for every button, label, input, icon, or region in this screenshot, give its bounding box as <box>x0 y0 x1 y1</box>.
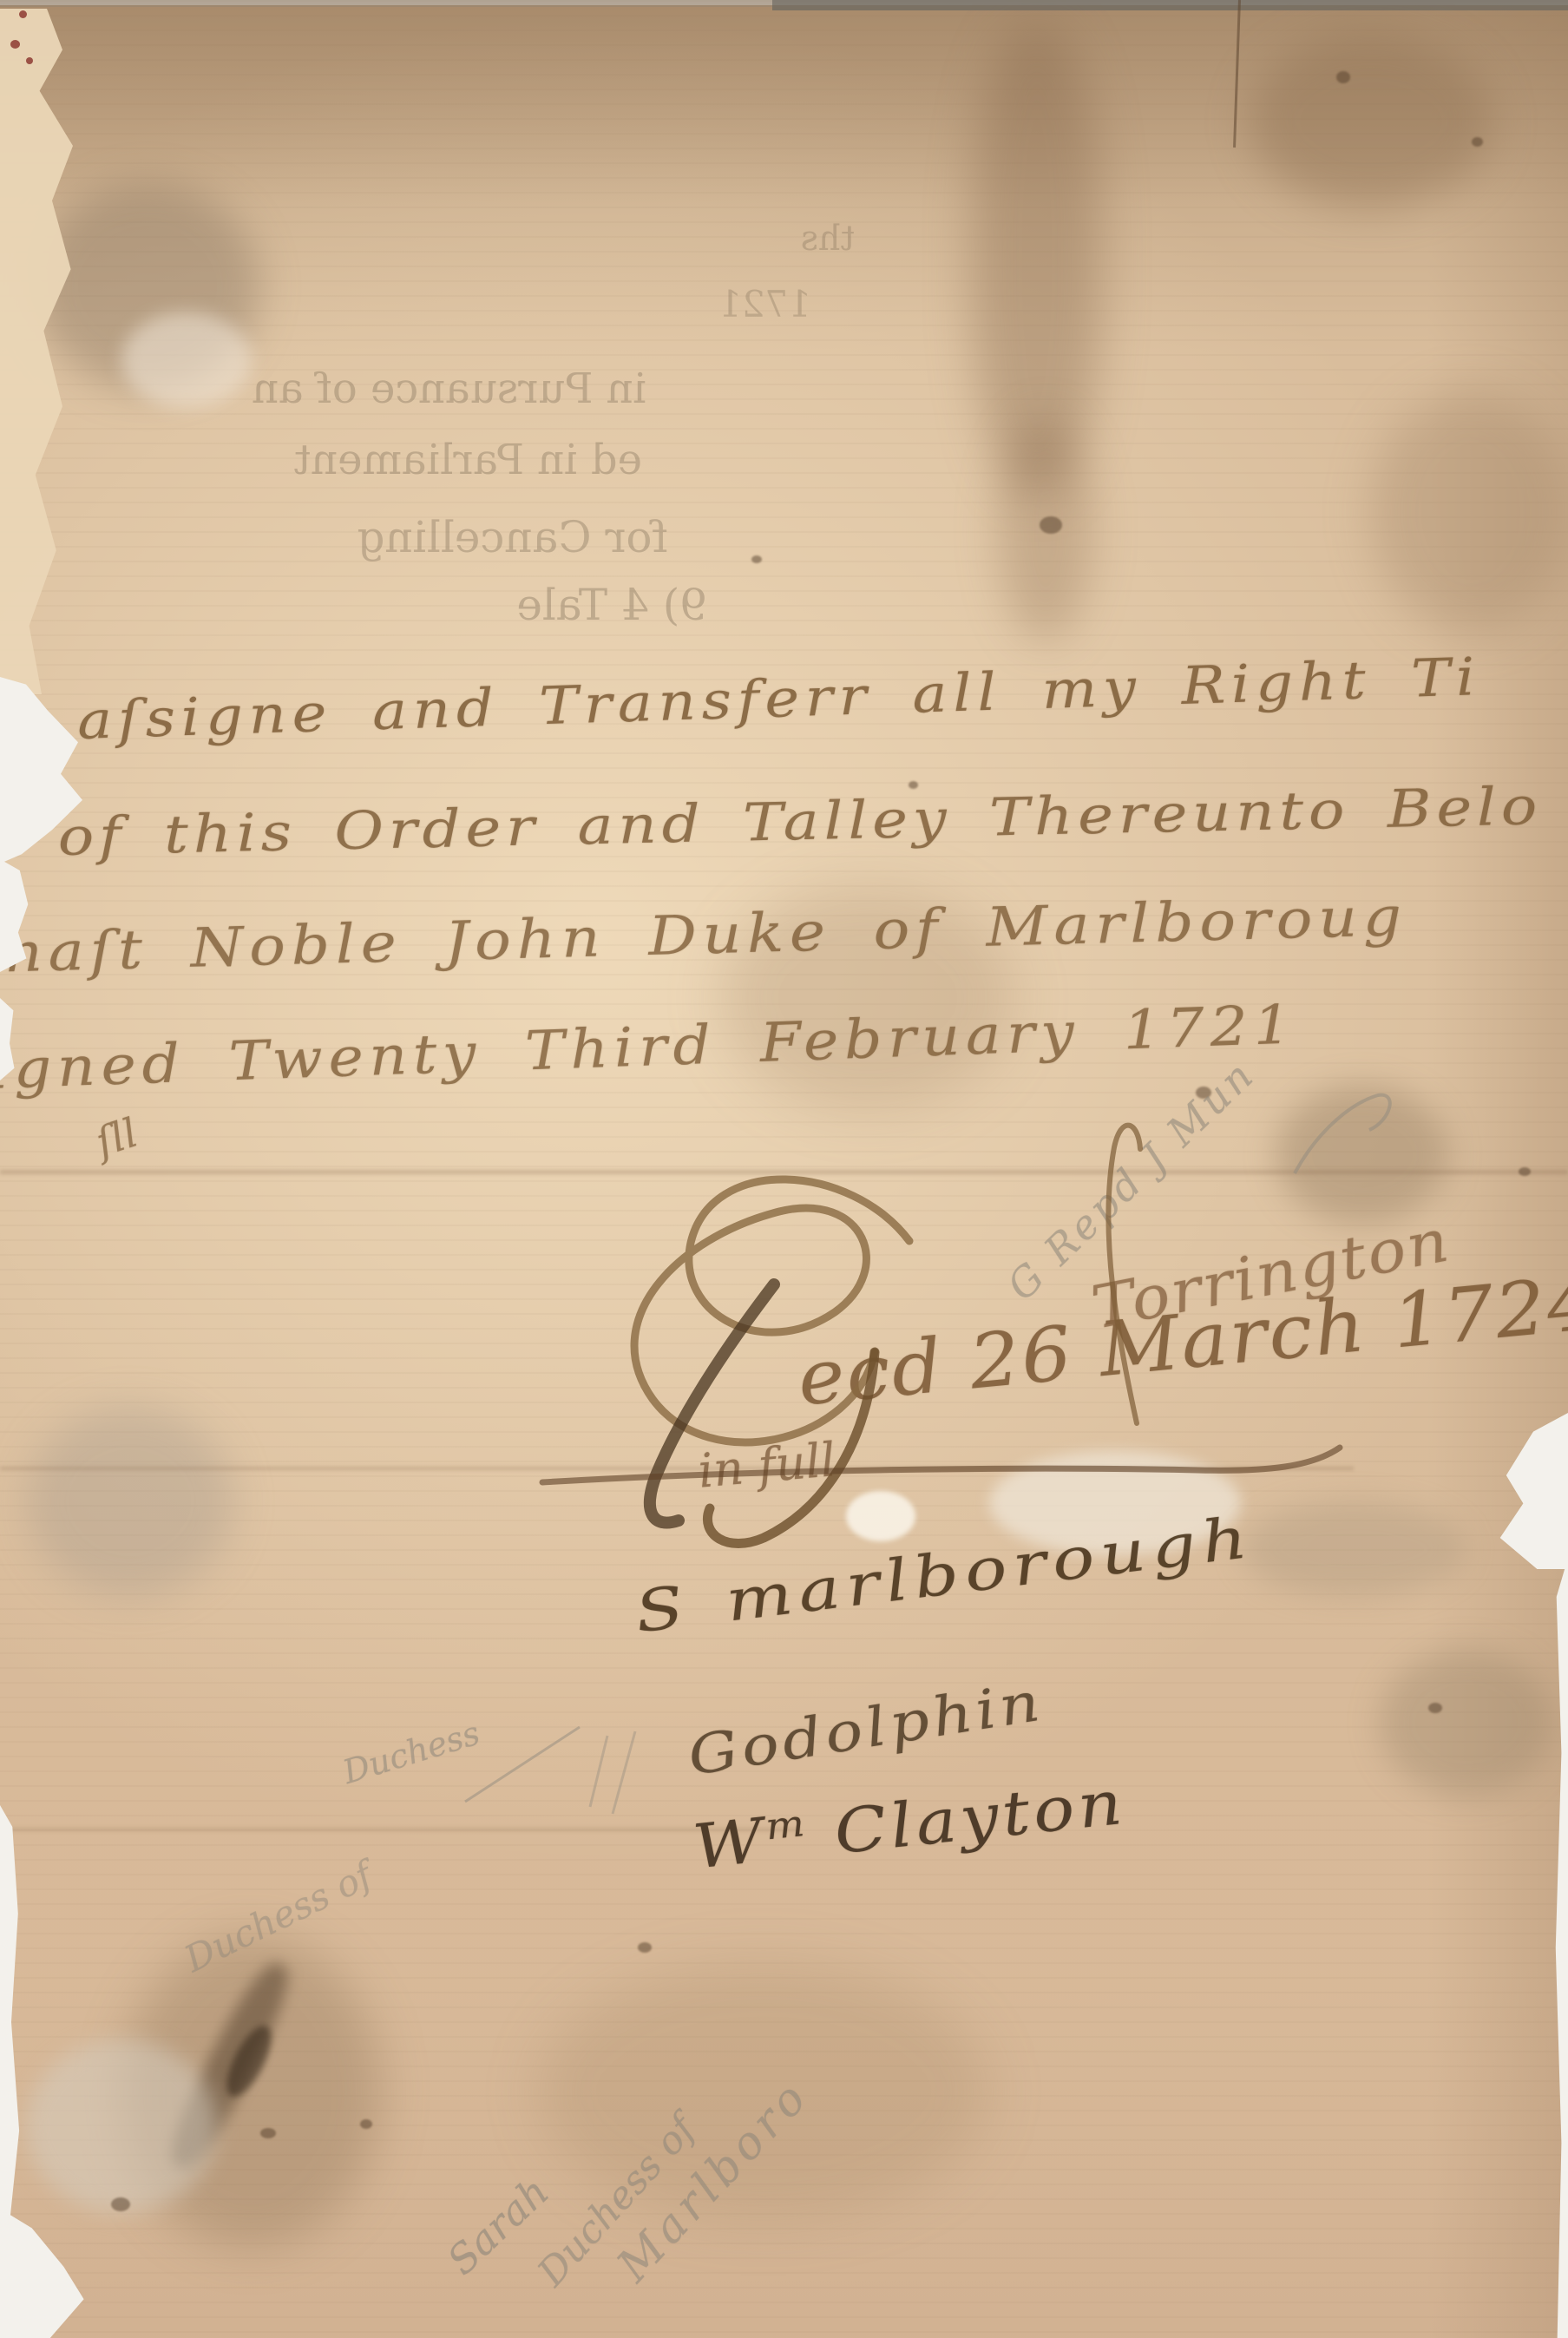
ink-speck <box>1428 1703 1442 1713</box>
ink-speck <box>360 2119 372 2129</box>
ink-speck <box>1040 516 1062 534</box>
ink-speck <box>260 2128 276 2138</box>
paper-sheet <box>0 5 1568 2338</box>
ink-speck <box>909 781 918 789</box>
red-speck <box>19 10 27 18</box>
bleedthrough-line: 9) 4 Tale <box>516 580 707 630</box>
red-speck <box>10 40 20 49</box>
ink-speck <box>1336 71 1350 83</box>
ink-speck <box>111 2197 130 2211</box>
clayton-superscript: m <box>764 1802 810 1849</box>
bleedthrough-line: ths <box>801 219 855 259</box>
red-speck <box>26 57 33 64</box>
scanned-document: ths 1721 in Pursuance of an ed in Parlia… <box>0 0 1568 2338</box>
bleedthrough-line: ed in Parliament <box>294 436 642 484</box>
bleedthrough-line: for Cancelling <box>358 512 668 562</box>
ink-speck <box>638 1942 652 1953</box>
bleedthrough-line: in Pursuance of an <box>252 364 646 413</box>
bleedthrough-line: 1721 <box>718 283 811 325</box>
ink-speck <box>751 555 762 563</box>
ink-speck <box>1472 137 1483 147</box>
clayton-initial: W <box>690 1804 771 1882</box>
ink-speck <box>1519 1167 1531 1176</box>
